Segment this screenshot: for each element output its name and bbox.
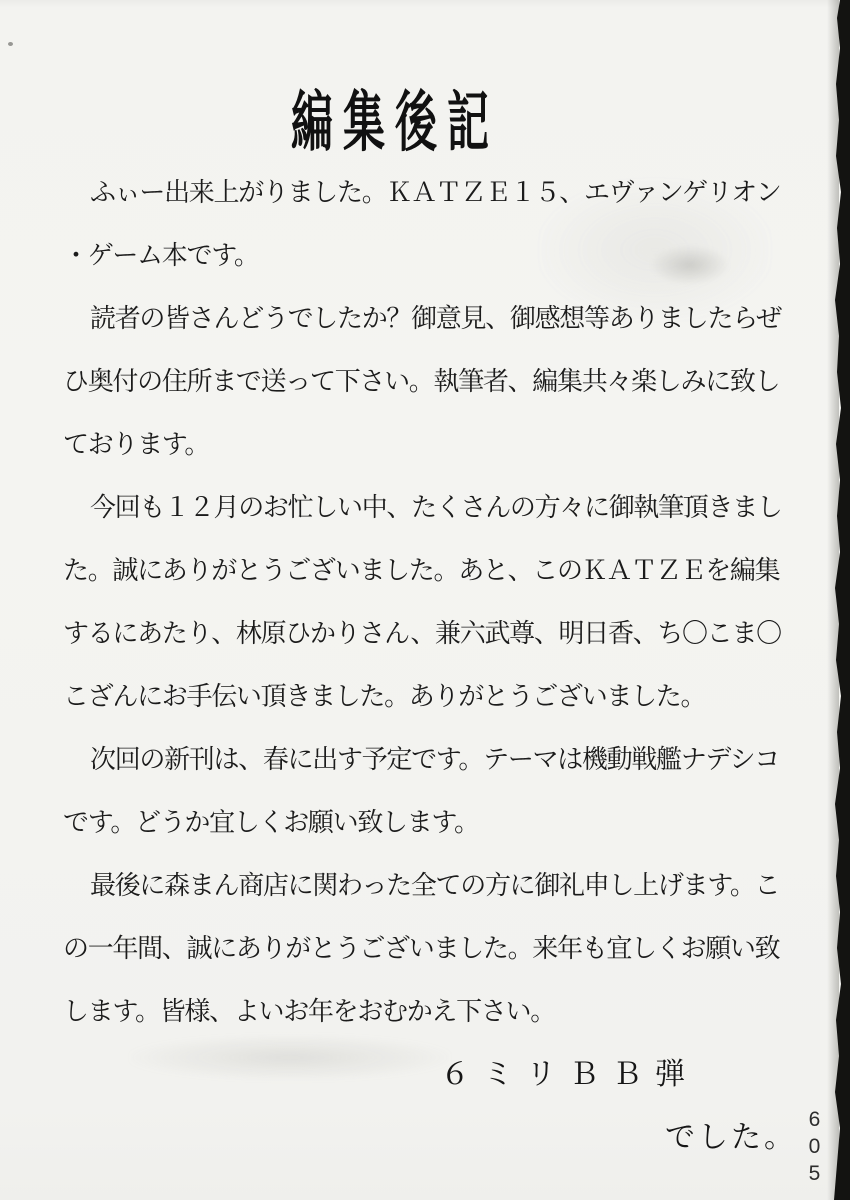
paragraph: ふぃー出来上がりました。ＫＡＴＺＥ１５、エヴァンゲリオン ・ゲーム本です。: [63, 161, 808, 287]
text-line: の一年間、誠にありがとうございました。来年も宜しくお願い致: [63, 917, 808, 980]
text-line: た。誠にありがとうございました。あと、このＫＡＴＺＥを編集: [63, 539, 808, 602]
text-line: 今回も１２月のお忙しい中、たくさんの方々に御執筆頂きまし: [63, 476, 808, 539]
signature-name: ６ミリＢＢ弾: [63, 1043, 808, 1106]
paragraph: 次回の新刊は、春に出す予定です。テーマは機動戦艦ナデシコ です。どうか宜しくお願…: [63, 728, 808, 854]
text-line: 読者の皆さんどうでしたか？御意見、御感想等ありましたらぜ: [63, 287, 808, 350]
text-line: ・ゲーム本です。: [63, 224, 808, 287]
afterword-text: ふぃー出来上がりました。ＫＡＴＺＥ１５、エヴァンゲリオン ・ゲーム本です。 読者…: [63, 161, 808, 1169]
paragraph: 最後に森まん商店に関わった全ての方に御礼申し上げます。こ の一年間、誠にありがと…: [63, 854, 808, 1043]
scan-speck: [8, 42, 13, 46]
text-line: するにあたり、林原ひかりさん、兼六武尊、明日香、ち〇こま〇: [63, 602, 808, 665]
paragraph: 読者の皆さんどうでしたか？御意見、御感想等ありましたらぜ ひ奥付の住所まで送って…: [63, 287, 808, 476]
page-number: 605: [804, 1108, 825, 1189]
text-line: ております。: [63, 413, 808, 476]
text-line: 最後に森まん商店に関わった全ての方に御礼申し上げます。こ: [63, 854, 808, 917]
page-title: 編集後記: [0, 90, 790, 155]
text-line: こざんにお手伝い頂きました。ありがとうございました。: [63, 665, 808, 728]
text-line: ひ奥付の住所まで送って下さい。執筆者、編集共々楽しみに致し: [63, 350, 808, 413]
text-line: 次回の新刊は、春に出す予定です。テーマは機動戦艦ナデシコ: [63, 728, 808, 791]
text-line: します。皆様、よいお年をおむかえ下さい。: [63, 980, 808, 1043]
text-line: です。どうか宜しくお願い致します。: [63, 791, 808, 854]
scanned-afterword-page: 編集後記 ふぃー出来上がりました。ＫＡＴＺＥ１５、エヴァンゲリオン ・ゲーム本で…: [0, 0, 850, 1200]
text-line: ふぃー出来上がりました。ＫＡＴＺＥ１５、エヴァンゲリオン: [63, 161, 808, 224]
paragraph: 今回も１２月のお忙しい中、たくさんの方々に御執筆頂きまし た。誠にありがとうござ…: [63, 476, 808, 728]
signature-suffix: でした。: [63, 1106, 808, 1169]
